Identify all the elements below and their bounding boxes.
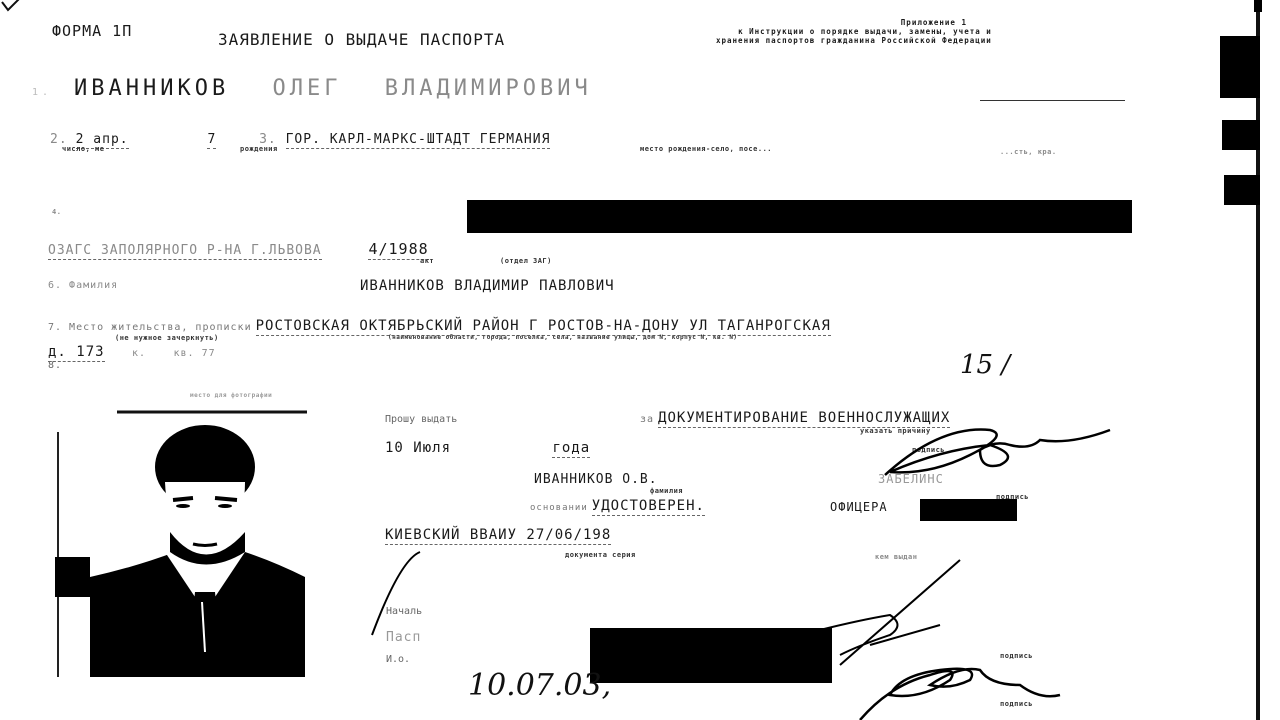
field-number: 1. <box>32 87 52 98</box>
scan-artifact <box>1222 120 1260 150</box>
form-number: ФОРМА 1П <box>52 22 132 40</box>
document-basis-prefix: основании <box>530 503 588 513</box>
diagonal-stroke-icon <box>370 550 430 640</box>
handwritten-date: 10.07.03, <box>468 668 611 703</box>
redaction-bar <box>920 499 1017 521</box>
applicant-short-name: ИВАННИКОВ О.В. <box>534 472 658 487</box>
first-name-value: ОЛЕГ <box>273 76 342 101</box>
label-day-month: число, ме <box>62 145 104 153</box>
handwritten-mark: 15 / <box>960 350 1010 380</box>
father-label: 6. Фамилия <box>48 280 118 291</box>
surname-value: ИВАННИКОВ <box>74 76 229 101</box>
document-title: ЗАЯВЛЕНИЕ О ВЫДАЧЕ ПАСПОРТА <box>218 30 505 49</box>
label-birth: рождения <box>240 145 278 153</box>
date-suffix: года <box>552 440 590 458</box>
document-basis-value: УДОСТОВЕРЕН. <box>592 498 705 516</box>
scan-artifact <box>1224 175 1260 205</box>
birth-row: 2.2 апр. 7 3. ГОР. КАРЛ-МАРКС-ШТАДТ ГЕРМ… <box>50 132 550 147</box>
document-basis-row: основанииУДОСТОВЕРЕН. <box>530 498 705 514</box>
address-house-row: д. 173 к. кв. 77 <box>48 344 216 360</box>
registry-office: ОЗАГС ЗАПОЛЯРНОГО Р-НА Г.ЛЬВОВА <box>48 243 322 260</box>
appendix-line: Приложение 1 <box>716 18 992 27</box>
applicant-full-name: 1.ИВАННИКОВ ОЛЕГ ВЛАДИМИРОВИЧ <box>32 76 592 101</box>
field-number: 8. <box>48 360 62 371</box>
patronymic-value: ВЛАДИМИРОВИЧ <box>385 76 592 101</box>
check-mark-icon <box>0 0 30 20</box>
korpus: к. <box>132 348 146 359</box>
date-day-month: 10 Июля <box>385 440 451 456</box>
request-prefix: за <box>640 414 654 425</box>
signature-3-icon <box>850 645 1110 720</box>
registry-row: ОЗАГС ЗАПОЛЯРНОГО Р-НА Г.ЛЬВОВА 4/1988 <box>48 240 429 258</box>
scan-artifact <box>1220 36 1260 98</box>
label-act: акт <box>420 257 434 265</box>
redaction-bar <box>467 200 1132 233</box>
scan-edge <box>1256 0 1260 720</box>
redaction-bar <box>590 628 832 683</box>
signature-1-icon <box>880 420 1140 500</box>
label-birth-place: место рождения-село, посе... <box>640 145 772 153</box>
label-doc-series: документа серия <box>565 551 636 559</box>
underline-rule <box>980 100 1125 101</box>
signature-2-icon <box>820 555 1020 645</box>
label-region: ...сть, кра. <box>1000 148 1057 156</box>
field-number: 4. <box>52 208 61 216</box>
document-issuer: КИЕВСКИЙ ВВАИУ 27/06/198 <box>385 527 611 545</box>
label-surname: фамилия <box>650 487 683 495</box>
birth-place: ГОР. КАРЛ-МАРКС-ШТАДТ ГЕРМАНИЯ <box>286 132 551 149</box>
applicant-photo <box>55 402 307 677</box>
flat-number: кв. 77 <box>174 348 216 359</box>
address-label: 7. Место жительства, прописки <box>48 322 252 333</box>
appendix-line: к Инструкции о порядке выдачи, замены, у… <box>716 27 992 36</box>
officer-id: ОФИЦЕРА <box>830 500 888 514</box>
label-acting: И.о. <box>386 654 410 665</box>
request-label: Прошу выдать <box>385 414 457 425</box>
scan-artifact <box>1254 0 1262 12</box>
appendix-line: хранения паспортов гражданина Российской… <box>716 36 992 45</box>
label-strike-hint: (не нужное зачеркнуть) <box>115 334 219 342</box>
label-registry: (отдел ЗАГ) <box>500 257 552 265</box>
appendix-note: Приложение 1 к Инструкции о порядке выда… <box>716 18 992 45</box>
application-date: 10 Июля года <box>385 440 590 456</box>
address-row: 7. Место жительства, пропискиРОСТОВСКАЯ … <box>48 318 831 334</box>
photo-caption: место для фотографии <box>190 392 272 399</box>
father-name: ИВАННИКОВ ВЛАДИМИР ПАВЛОВИЧ <box>360 278 615 294</box>
label-address-hint: (наименование области, города, поселка, … <box>388 334 738 341</box>
birth-year: 7 <box>207 132 216 149</box>
